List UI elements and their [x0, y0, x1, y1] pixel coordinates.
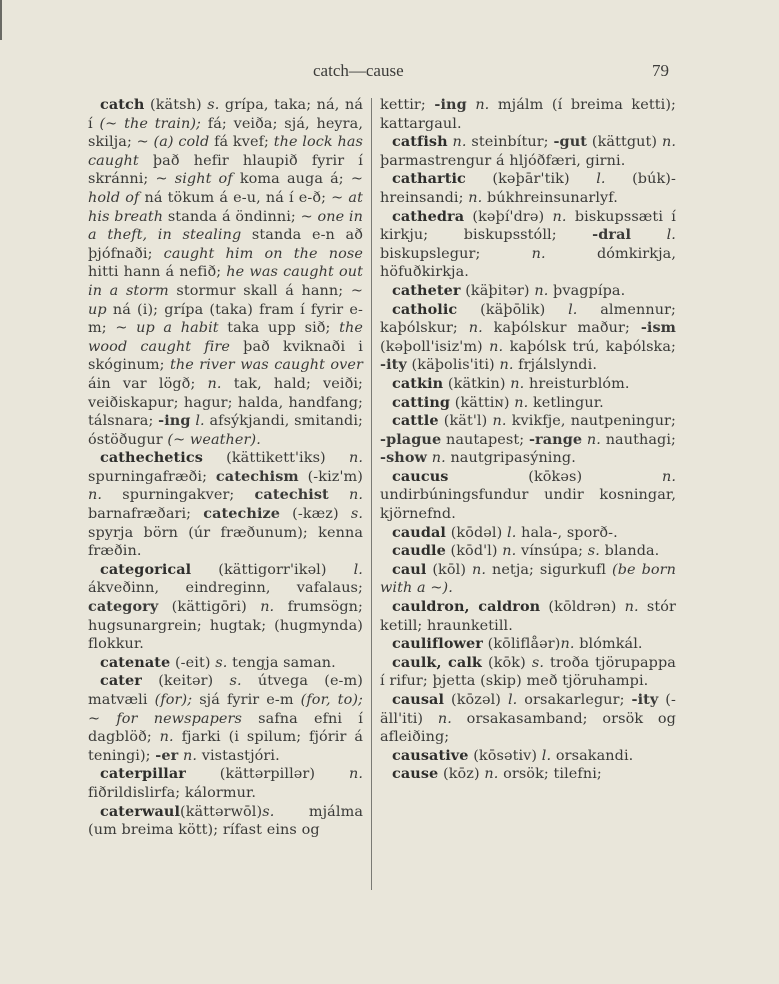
entry-text: (kōl)	[426, 562, 472, 578]
entry-text: sjá fyrir e-m	[192, 692, 301, 708]
entry-text: kettir;	[380, 97, 434, 113]
dictionary-entry: cauliflower (kōliflåər)n. blómkál.	[380, 635, 676, 654]
italic-text: n.	[587, 432, 601, 448]
dictionary-entry: catheter (käþitər) n. þvagpípa.	[380, 282, 676, 301]
headword: cathartic	[392, 170, 466, 187]
dictionary-entry: causal (kōzəl) l. orsakarlegur; -ity (-ä…	[380, 691, 676, 747]
entry-text: taka upp sið;	[219, 320, 339, 336]
entry-text: ákveðinn, eindreginn, vafalaus;	[88, 580, 363, 596]
entry-text: blanda.	[600, 543, 659, 559]
entry-text: (kōk)	[482, 655, 532, 671]
headword: caudal	[392, 524, 446, 541]
italic-text: s.	[262, 804, 274, 820]
dictionary-entry: cathartic (kəþār'tik) l. (búk)-hreinsand…	[380, 170, 676, 207]
entry-text: netja; sigurkufl	[486, 562, 612, 578]
entry-text: orsakarlegur;	[517, 692, 631, 708]
italic-text: n.	[625, 599, 639, 615]
entry-text: (kättərwōl)	[180, 804, 262, 820]
headword: cater	[100, 672, 142, 689]
headword: catkin	[392, 375, 443, 392]
dictionary-entry: caterpillar (kättərpillər) n. fiðrildisl…	[88, 765, 363, 802]
italic-text: n.	[534, 283, 548, 299]
headword: cauldron, caldron	[392, 598, 540, 615]
italic-text: n.	[260, 599, 274, 615]
derived-form: -ism	[641, 319, 676, 336]
italic-text: n.	[183, 748, 197, 764]
entry-text: nautapest;	[441, 432, 529, 448]
italic-text: (~ weather).	[167, 432, 261, 448]
italic-text: n.	[502, 543, 516, 559]
headword: caulk, calk	[392, 654, 482, 671]
headword: cauliflower	[392, 635, 483, 652]
dictionary-entry: catfish n. steinbítur; -gut (kättgut) n.…	[380, 133, 676, 170]
headword: cattle	[392, 412, 439, 429]
dictionary-entry: catkin (kätkin) n. hreisturblóm.	[380, 375, 676, 394]
headword: catheter	[392, 282, 461, 299]
entry-text	[631, 227, 667, 243]
italic-text: n.	[349, 487, 363, 503]
entry-text: standa á öndinni;	[163, 209, 300, 225]
italic-text: (for);	[155, 692, 193, 708]
page-edge-shadow	[0, 0, 2, 40]
italic-text: n.	[493, 413, 507, 429]
entry-text	[329, 487, 349, 503]
entry-text: (kättiɴ)	[450, 395, 514, 411]
entry-text: biskupslegur;	[380, 246, 532, 262]
dictionary-entry: cathechetics (kättikett'iks) n. spurning…	[88, 449, 363, 561]
entry-text: (kōdəl)	[446, 525, 507, 541]
entry-text: orsök; tilefni;	[498, 766, 601, 782]
headword: caul	[392, 561, 426, 578]
italic-text: (~ the train);	[99, 116, 201, 132]
dictionary-entry: cattle (kät'l) n. kvikfje, nautpeningur;…	[380, 412, 676, 468]
entry-text: áin var lögð;	[88, 376, 208, 392]
headword: caterpillar	[100, 765, 186, 782]
entry-text: fiðrildislirfa; kálormur.	[88, 785, 256, 801]
italic-text: n.	[208, 376, 222, 392]
dictionary-entry: kettir; -ing n. mjálm (í breima ketti); …	[380, 96, 676, 133]
dictionary-entry: catch (kätsh) s. grípa, taka; ná, ná í (…	[88, 96, 363, 449]
entry-text: (kättigorr'ikəl)	[191, 562, 353, 578]
derived-form: -ity	[380, 356, 407, 373]
italic-text: s.	[230, 673, 242, 689]
italic-text: s.	[207, 97, 219, 113]
entry-text: (kəþoll'isiz'm)	[380, 339, 489, 355]
entry-text: (käþitər)	[461, 283, 535, 299]
headword: cathedra	[392, 208, 464, 225]
italic-text: caught him on the nose	[164, 246, 363, 262]
headword: categorical	[100, 561, 191, 578]
entry-text: þvagpípa.	[548, 283, 625, 299]
italic-text: s.	[215, 655, 227, 671]
derived-form: -er	[155, 747, 178, 764]
headword: causal	[392, 691, 444, 708]
italic-text: l.	[354, 562, 363, 578]
italic-text: n.	[432, 450, 446, 466]
entry-text: (kōz)	[438, 766, 484, 782]
entry-text: (kōd'l)	[446, 543, 502, 559]
headword: catfish	[392, 133, 448, 150]
headword: catholic	[392, 301, 457, 318]
italic-text: n.	[499, 357, 513, 373]
right-column: kettir; -ing n. mjálm (í breima ketti); …	[380, 96, 676, 784]
dictionary-entry: cathedra (kəþí'drə) n. biskupssæti í kir…	[380, 208, 676, 282]
italic-text: n.	[468, 190, 482, 206]
entry-text: (kōzəl)	[444, 692, 508, 708]
headword: caucus	[392, 468, 448, 485]
italic-text: s.	[532, 655, 544, 671]
entry-text: tengja saman.	[227, 655, 335, 671]
dictionary-entry: caulk, calk (kōk) s. troða tjörupappa í …	[380, 654, 676, 691]
italic-text: n.	[438, 711, 452, 727]
derived-form: -plague	[380, 431, 441, 448]
running-head: catch—cause 79	[0, 61, 779, 83]
dictionary-entry: catholic (käþōlik) l. almennur; kaþólsku…	[380, 301, 676, 375]
entry-text: (kättigōri)	[158, 599, 260, 615]
entry-text: undirbúningsfundur undir kosningar, kjör…	[380, 487, 676, 522]
entry-text: (keitər)	[142, 673, 230, 689]
italic-text: ~ sight of	[155, 171, 232, 187]
dictionary-entry: catting (kättiɴ) n. ketlingur.	[380, 394, 676, 413]
dictionary-entry: cater (keitər) s. útvega (e-m) matvæli (…	[88, 672, 363, 765]
dictionary-entry: caudal (kōdəl) l. hala-, sporð-.	[380, 524, 676, 543]
entry-text: (kättərpillər)	[186, 766, 349, 782]
derived-form: -show	[380, 449, 427, 466]
derived-form: -dral	[592, 226, 631, 243]
italic-text: n.	[349, 450, 363, 466]
entry-text: barnafræðari;	[88, 506, 203, 522]
derived-form: -ing	[434, 96, 466, 113]
headword: cathechetics	[100, 449, 203, 466]
dictionary-entry: causative (kōsətiv) l. orsakandi.	[380, 747, 676, 766]
italic-text: n.	[662, 134, 676, 150]
entry-text: (kəþí'drə)	[464, 209, 552, 225]
italic-text: n.	[489, 339, 503, 355]
left-column: catch (kätsh) s. grípa, taka; ná, ná í (…	[88, 96, 363, 840]
entry-text: (kättikett'iks)	[203, 450, 349, 466]
italic-text: n.	[453, 134, 467, 150]
entry-text: stormur skall á hann;	[169, 283, 351, 299]
entry-text: (kätkin)	[443, 376, 510, 392]
headword: causative	[392, 747, 469, 764]
italic-text: n.	[553, 209, 567, 225]
entry-text: (käþolis'iti)	[407, 357, 500, 373]
entry-text: blómkál.	[575, 636, 643, 652]
entry-text: nautgripasýning.	[446, 450, 576, 466]
entry-text: frjálslyndi.	[514, 357, 598, 373]
headword: cause	[392, 765, 438, 782]
italic-text: n.	[560, 636, 574, 652]
entry-text: þarmastrengur á hljóðfæri, girni.	[380, 153, 625, 169]
entry-text: búkhreinsunarlyf.	[482, 190, 618, 206]
italic-text: s.	[351, 506, 363, 522]
entry-text: steinbítur;	[467, 134, 554, 150]
entry-text: hreisturblóm.	[524, 376, 629, 392]
italic-text: n.	[514, 395, 528, 411]
dictionary-entry: caudle (kōd'l) n. vínsúpa; s. blanda.	[380, 542, 676, 561]
entry-text: kvikfje, nautpeningur;	[507, 413, 676, 429]
dictionary-entry: cause (kōz) n. orsök; tilefni;	[380, 765, 676, 784]
entry-text: spurningafræði;	[88, 469, 216, 485]
italic-text: n.	[510, 376, 524, 392]
headword: caudle	[392, 542, 446, 559]
entry-text: spyrja börn (úr fræðunum); kenna fræðin.	[88, 525, 363, 560]
entry-text: nauthagi;	[601, 432, 676, 448]
italic-text: n.	[662, 469, 676, 485]
entry-text: (kōsətiv)	[469, 748, 542, 764]
entry-text: (kəþār'tik)	[466, 171, 596, 187]
entry-text: ketlingur.	[528, 395, 604, 411]
entry-text: vínsúpa;	[516, 543, 587, 559]
entry-text: kaþólsk trú, kaþólska;	[503, 339, 676, 355]
entry-text: koma auga á;	[233, 171, 351, 187]
page-number: 79	[652, 61, 669, 81]
entry-text: (kōldrən)	[540, 599, 624, 615]
derived-form: catechize	[203, 505, 280, 522]
italic-text: n.	[349, 766, 363, 782]
derived-form: -range	[529, 431, 582, 448]
derived-form: catechist	[255, 486, 329, 503]
derived-form: -ing	[158, 412, 190, 429]
italic-text: n.	[484, 766, 498, 782]
entry-text: (-kæz)	[280, 506, 351, 522]
column-divider	[371, 98, 372, 890]
derived-form: category	[88, 598, 158, 615]
italic-text: l.	[508, 692, 517, 708]
derived-form: -gut	[553, 133, 587, 150]
headword: catting	[392, 394, 450, 411]
italic-text: l.	[507, 525, 516, 541]
dictionary-entry: caterwaul(kättərwōl)s. mjálma (um breima…	[88, 803, 363, 840]
italic-text: ~ up a habit	[115, 320, 218, 336]
derived-form: -ity	[632, 691, 659, 708]
headword: catenate	[100, 654, 170, 671]
italic-text: l.	[195, 413, 204, 429]
italic-text: n.	[472, 562, 486, 578]
italic-text: n.	[469, 320, 483, 336]
entry-text: (kōkəs)	[448, 469, 661, 485]
derived-form: catechism	[216, 468, 299, 485]
dictionary-entry: cauldron, caldron (kōldrən) n. stór keti…	[380, 598, 676, 635]
italic-text: n.	[475, 97, 489, 113]
italic-text: l.	[667, 227, 676, 243]
entry-text: (kät'l)	[439, 413, 493, 429]
entry-text: (kätsh)	[144, 97, 207, 113]
italic-text: the river was caught over	[170, 357, 363, 373]
italic-text: n.	[532, 246, 546, 262]
entry-text: vistastjóri.	[197, 748, 280, 764]
entry-text: (-kiz'm)	[299, 469, 363, 485]
entry-text: hitti hann á nefið;	[88, 264, 226, 280]
entry-text: (kättgut)	[587, 134, 662, 150]
entry-text: (käþōlik)	[457, 302, 568, 318]
entry-text: (kōliflåər)	[483, 636, 561, 652]
italic-text: n.	[160, 729, 174, 745]
italic-text: l.	[542, 748, 551, 764]
italic-text: l.	[596, 171, 605, 187]
headword: catch	[100, 96, 144, 113]
dictionary-entry: catenate (-eit) s. tengja saman.	[88, 654, 363, 673]
entry-text: spurningakver;	[102, 487, 255, 503]
italic-text: ~ (a) cold	[137, 134, 210, 150]
italic-text: s.	[588, 543, 600, 559]
headword: caterwaul	[100, 803, 180, 820]
entry-text: orsakandi.	[551, 748, 633, 764]
entry-text: (-eit)	[170, 655, 215, 671]
entry-text: ná tökum á e-u, ná í e-ð;	[139, 190, 331, 206]
italic-text: n.	[88, 487, 102, 503]
dictionary-entry: categorical (kättigorr'ikəl) l. ákveðinn…	[88, 561, 363, 654]
entry-text: hala-, sporð-.	[516, 525, 617, 541]
dictionary-entry: caul (kōl) n. netja; sigurkufl (be born …	[380, 561, 676, 598]
dictionary-entry: caucus (kōkəs) n. undirbúningsfundur und…	[380, 468, 676, 524]
running-head-title: catch—cause	[313, 61, 404, 81]
entry-text: kaþólskur maður;	[483, 320, 641, 336]
entry-text: fá kvef;	[209, 134, 273, 150]
